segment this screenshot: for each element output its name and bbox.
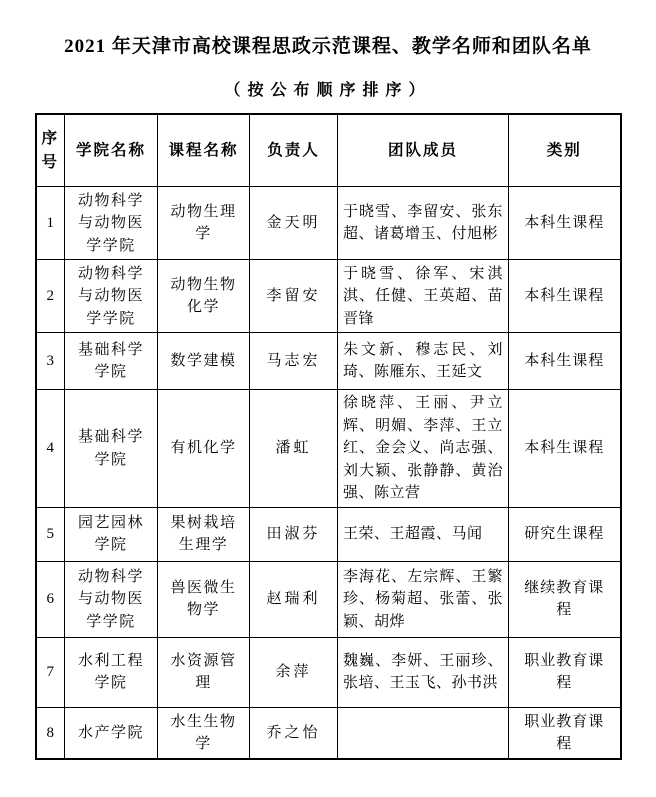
- cell-category: 本科生课程: [509, 187, 621, 260]
- cell-no: 3: [36, 333, 65, 390]
- cell-course: 动物生物化学: [158, 260, 250, 333]
- column-header-members: 团队成员: [338, 114, 509, 187]
- column-header-college: 学院名称: [65, 114, 158, 187]
- cell-course: 果树栽培生理学: [158, 507, 250, 561]
- cell-college: 基础科学学院: [65, 333, 158, 390]
- cell-course: 水生生物学: [158, 707, 250, 759]
- cell-members: 徐晓萍、王丽、尹立辉、明媚、李萍、王立红、金会义、尚志强、刘大颖、张静静、黄治强…: [338, 390, 509, 508]
- course-list-table: 序号 学院名称 课程名称 负责人 团队成员 类别 1 动物科学与动物医学学院 动…: [35, 113, 622, 761]
- cell-members: 朱文新、穆志民、刘琦、陈雁东、王延文: [338, 333, 509, 390]
- cell-no: 8: [36, 707, 65, 759]
- cell-course: 动物生理学: [158, 187, 250, 260]
- cell-leader: 余萍: [250, 637, 338, 707]
- cell-college: 水利工程学院: [65, 637, 158, 707]
- cell-no: 2: [36, 260, 65, 333]
- cell-members: 于晓雪、李留安、张东超、诸葛增玉、付旭彬: [338, 187, 509, 260]
- cell-leader: 潘虹: [250, 390, 338, 508]
- cell-members: 李海花、左宗辉、王繁珍、杨菊超、张蕾、张颖、胡烨: [338, 561, 509, 637]
- cell-category: 研究生课程: [509, 507, 621, 561]
- cell-no: 5: [36, 507, 65, 561]
- cell-category: 本科生课程: [509, 260, 621, 333]
- cell-leader: 田淑芬: [250, 507, 338, 561]
- cell-members: [338, 707, 509, 759]
- cell-leader: 金天明: [250, 187, 338, 260]
- cell-category: 继续教育课程: [509, 561, 621, 637]
- cell-members: 于晓雪、徐军、宋淇淇、任健、王英超、苗晋锋: [338, 260, 509, 333]
- cell-no: 1: [36, 187, 65, 260]
- cell-college: 动物科学与动物医学学院: [65, 561, 158, 637]
- cell-college: 园艺园林学院: [65, 507, 158, 561]
- cell-course: 有机化学: [158, 390, 250, 508]
- table-row: 5 园艺园林学院 果树栽培生理学 田淑芬 王荣、王超霞、马闻 研究生课程: [36, 507, 621, 561]
- cell-college: 动物科学与动物医学学院: [65, 260, 158, 333]
- cell-course: 水资源管理: [158, 637, 250, 707]
- table-row: 7 水利工程学院 水资源管理 余萍 魏巍、李妍、王丽珍、张培、王玉飞、孙书洪 职…: [36, 637, 621, 707]
- cell-no: 7: [36, 637, 65, 707]
- column-header-course: 课程名称: [158, 114, 250, 187]
- cell-category: 本科生课程: [509, 390, 621, 508]
- cell-leader: 马志宏: [250, 333, 338, 390]
- table-row: 1 动物科学与动物医学学院 动物生理学 金天明 于晓雪、李留安、张东超、诸葛增玉…: [36, 187, 621, 260]
- cell-leader: 赵瑞利: [250, 561, 338, 637]
- cell-category: 职业教育课程: [509, 637, 621, 707]
- column-header-no: 序号: [36, 114, 65, 187]
- cell-no: 4: [36, 390, 65, 508]
- cell-no: 6: [36, 561, 65, 637]
- page-subtitle: （按公布顺序排序）: [0, 59, 656, 100]
- cell-college: 基础科学学院: [65, 390, 158, 508]
- cell-category: 本科生课程: [509, 333, 621, 390]
- cell-category: 职业教育课程: [509, 707, 621, 759]
- table-row: 6 动物科学与动物医学学院 兽医微生物学 赵瑞利 李海花、左宗辉、王繁珍、杨菊超…: [36, 561, 621, 637]
- table-row: 2 动物科学与动物医学学院 动物生物化学 李留安 于晓雪、徐军、宋淇淇、任健、王…: [36, 260, 621, 333]
- table-row: 3 基础科学学院 数学建模 马志宏 朱文新、穆志民、刘琦、陈雁东、王延文 本科生…: [36, 333, 621, 390]
- cell-college: 水产学院: [65, 707, 158, 759]
- cell-course: 兽医微生物学: [158, 561, 250, 637]
- column-header-leader: 负责人: [250, 114, 338, 187]
- table-row: 4 基础科学学院 有机化学 潘虹 徐晓萍、王丽、尹立辉、明媚、李萍、王立红、金会…: [36, 390, 621, 508]
- table-row: 8 水产学院 水生生物学 乔之怡 职业教育课程: [36, 707, 621, 759]
- cell-members: 魏巍、李妍、王丽珍、张培、王玉飞、孙书洪: [338, 637, 509, 707]
- cell-college: 动物科学与动物医学学院: [65, 187, 158, 260]
- cell-leader: 李留安: [250, 260, 338, 333]
- cell-members: 王荣、王超霞、马闻: [338, 507, 509, 561]
- cell-leader: 乔之怡: [250, 707, 338, 759]
- table-header-row: 序号 学院名称 课程名称 负责人 团队成员 类别: [36, 114, 621, 187]
- page-title: 2021 年天津市高校课程思政示范课程、教学名师和团队名单: [0, 0, 656, 59]
- column-header-category: 类别: [509, 114, 621, 187]
- document-page: 2021 年天津市高校课程思政示范课程、教学名师和团队名单 （按公布顺序排序） …: [0, 0, 656, 797]
- cell-course: 数学建模: [158, 333, 250, 390]
